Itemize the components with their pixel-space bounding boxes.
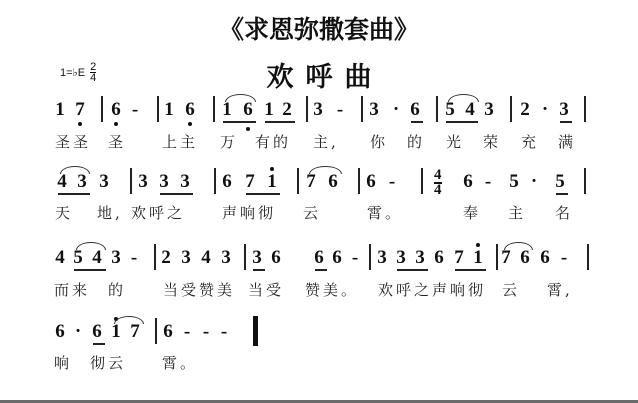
note: 3 [137,172,149,192]
note: 5 [508,172,520,192]
final-bar-line [253,316,258,346]
note: 6 [409,100,421,120]
eighth-underline [93,343,105,345]
lyric-text: 地, [97,204,123,222]
lyric-text: 圣 [108,133,126,151]
lyric-text: 名 [555,204,573,222]
note: 6 [91,322,103,342]
bar-line [510,96,512,122]
note: 6 [433,248,445,268]
bar-line [369,244,371,270]
low-octave-dot [114,122,118,126]
note: 2 [519,100,531,120]
augmentation-dot: · [539,100,551,120]
lyric-text: 云 [303,204,321,222]
note: 2 [160,248,172,268]
bar-line [421,168,423,194]
slur-arc [309,166,342,174]
dash: - [200,322,212,342]
bar-line [436,96,438,122]
lyric-text: 主 [508,204,526,222]
note: 2 [281,100,293,120]
note: 3 [483,100,495,120]
note: 6 [54,322,66,342]
dash: - [349,248,361,268]
note: 6 [221,172,233,192]
lyric-text: 彻云 [90,354,126,372]
high-octave-dot [270,167,274,171]
low-octave-dot [188,122,192,126]
lyric-text: 荣 [483,133,501,151]
high-octave-dot [476,243,480,247]
eighth-underline [556,193,568,195]
lyric-text: 霄。 [367,204,403,222]
note: 5 [554,172,566,192]
note: 3 [395,248,407,268]
note: 3 [251,248,263,268]
eighth-underline [74,269,106,271]
note: 7 [305,172,317,192]
lyric-text: 的 [108,281,126,299]
lyric-text: 而来 [54,281,90,299]
eighth-underline [253,269,265,271]
note: 6 [270,248,282,268]
lyric-text: 你 [370,133,388,151]
lyric-text: 赞美。 [305,281,359,299]
dash: - [218,322,230,342]
note: 6 [184,100,196,120]
eighth-underline [315,269,327,271]
note: 7 [453,248,465,268]
lyric-text: 欢呼之 [131,204,185,222]
bar-line [584,96,586,122]
note: 3 [158,172,170,192]
lyric-text: 有的 [255,133,291,151]
lyric-text: 当受 [248,281,284,299]
eighth-underline [397,269,428,271]
slur-arc [114,316,144,324]
dash: - [482,172,494,192]
note: 4 [56,172,68,192]
lyric-text: 当受赞美 [163,281,235,299]
dash: - [558,248,570,268]
note: 6 [313,248,325,268]
note: 6 [331,248,343,268]
slur-arc [448,94,479,102]
note: 1 [54,100,66,120]
note: 6 [365,172,377,192]
note: 3 [558,100,570,120]
bar-line [587,244,589,270]
lyric-text: 满 [558,133,576,151]
eighth-underline [455,269,486,271]
bar-line [213,96,215,122]
note: 4 [464,100,476,120]
low-octave-dot [78,122,82,126]
dash: - [129,100,141,120]
bar-line [130,168,132,194]
note: 3 [414,248,426,268]
lyric-text: 圣圣 [55,133,91,151]
note: 6 [519,248,531,268]
bar-line [361,96,363,122]
note: 6 [162,322,174,342]
note: 7 [500,248,512,268]
lyric-text: 奉 [463,204,481,222]
note: 4 [200,248,212,268]
note: 4 [54,248,66,268]
note: 3 [180,248,192,268]
bar-line [358,168,360,194]
note: 1 [266,172,278,192]
lyric-text: 光 [446,133,464,151]
note: 6 [327,172,339,192]
lyric-text: 响 [54,354,72,372]
lyric-text: 霄。 [162,354,198,372]
slur-arc [225,94,256,102]
note: 1 [221,100,233,120]
eighth-underline [223,121,256,123]
note: 7 [244,172,256,192]
augmentation-dot: · [390,100,402,120]
bar-line [496,244,498,270]
suite-title: 《求恩弥撒套曲》 [0,10,638,46]
note: 1 [472,248,484,268]
note: 7 [129,322,141,342]
lyric-text: 主, [313,133,339,151]
eighth-underline [265,121,295,123]
note: 3 [368,100,380,120]
low-octave-dot [246,127,250,131]
eighth-underline [58,193,90,195]
bar-line [244,244,246,270]
eighth-underline [560,121,572,123]
dash: - [128,248,140,268]
augmentation-dot: · [528,172,540,192]
note: 6 [242,100,254,120]
lyric-text: 的 [407,133,425,151]
bar-line [155,318,157,344]
note: 6 [539,248,551,268]
note: 1 [263,100,275,120]
bar-line [101,96,103,122]
dash: - [181,322,193,342]
lyric-text: 天 [55,204,73,222]
bar-line [306,96,308,122]
note: 4 [91,248,103,268]
note: 6 [462,172,474,192]
lyric-text: 欢呼之声响彻 [378,281,486,299]
augmentation-dot: · [72,322,84,342]
bar-line [154,244,156,270]
bar-line [214,168,216,194]
note: 3 [110,248,122,268]
note: 7 [74,100,86,120]
note: 5 [72,248,84,268]
slur-arc [60,166,90,174]
note: 3 [98,172,110,192]
note: 6 [110,100,122,120]
eighth-underline [246,193,280,195]
song-title: 欢呼曲 [0,55,638,94]
slur-arc [76,242,106,250]
lyric-text: 上主 [162,133,198,151]
note: 3 [179,172,191,192]
note: 3 [376,248,388,268]
eighth-underline [160,193,193,195]
bar-line [157,96,159,122]
dash: - [386,172,398,192]
note: 5 [444,100,456,120]
dash: - [334,100,346,120]
time-signature-change: 44 [434,169,442,197]
note: 1 [163,100,175,120]
note: 1 [110,322,122,342]
lyric-text: 霄, [547,281,573,299]
slur-arc [504,242,533,250]
bar-line [584,168,586,194]
lyric-text: 声响彻 [222,204,276,222]
lyric-text: 云 [502,281,520,299]
lyric-text: 充 [521,133,539,151]
lyric-text: 万 [220,133,238,151]
eighth-underline [411,121,423,123]
note: 3 [76,172,88,192]
bar-line [297,168,299,194]
note: 3 [312,100,324,120]
note: 3 [220,248,232,268]
eighth-underline [446,121,478,123]
